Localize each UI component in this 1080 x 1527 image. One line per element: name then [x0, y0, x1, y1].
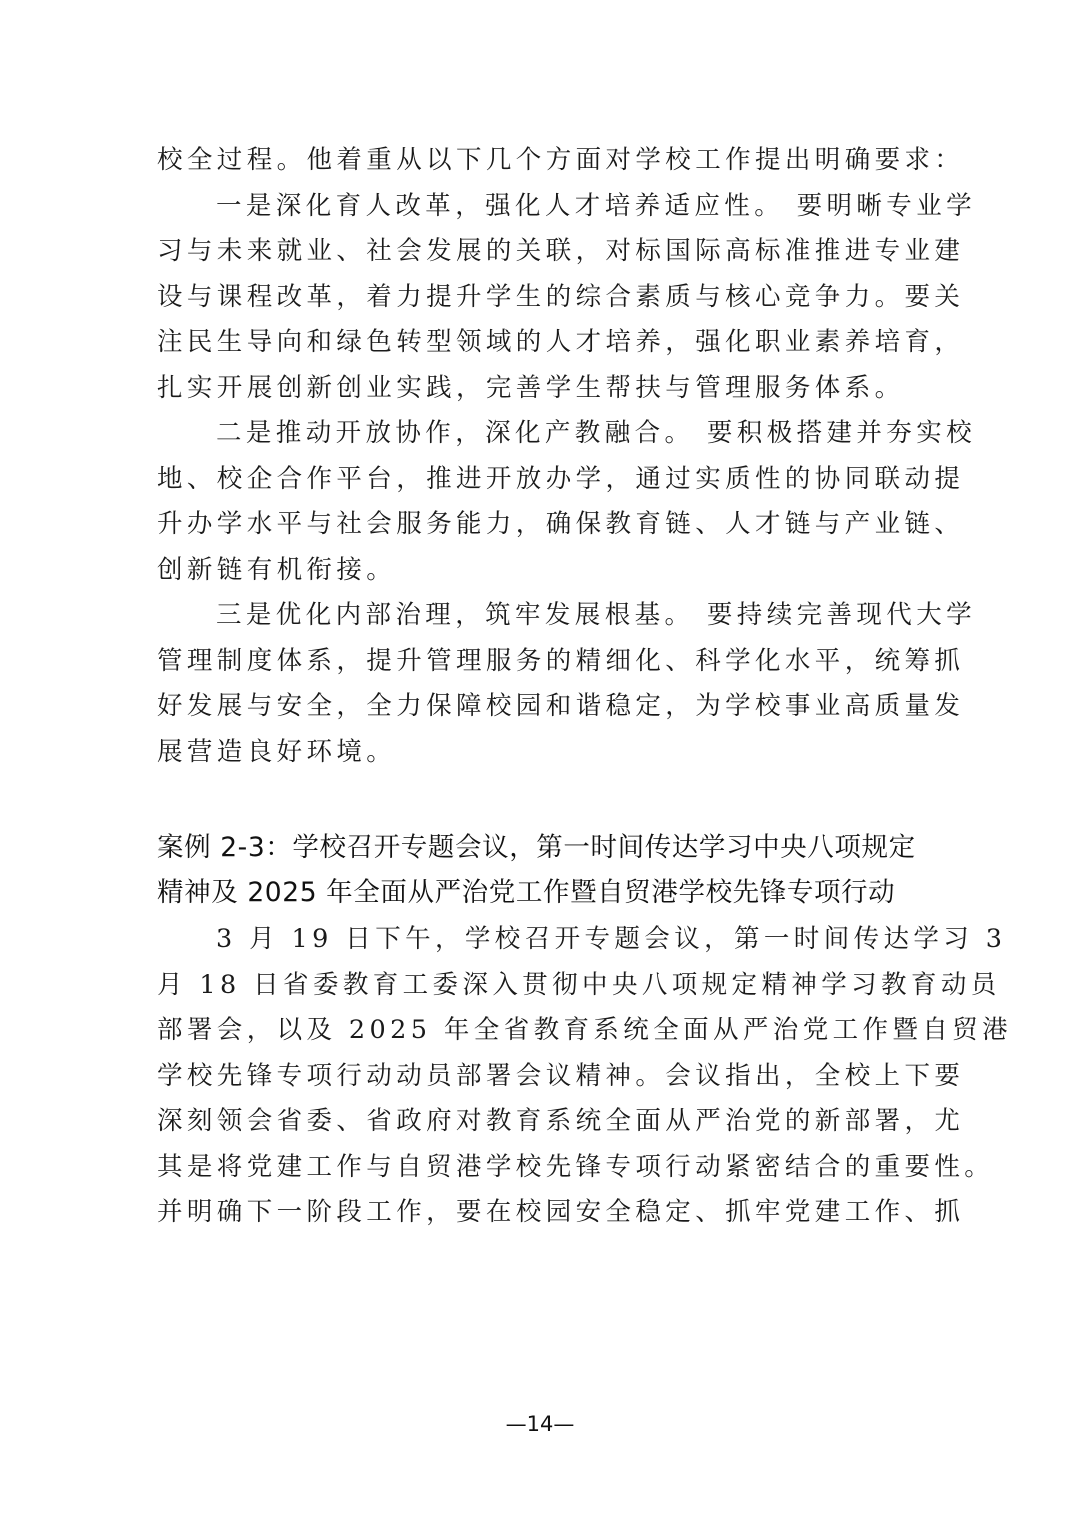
paragraph-line: 深刻领会省委、省政府对教育系统全面从严治党的新部署，尤: [157, 1099, 952, 1145]
requirement-paragraph-3: 三是优化内部治理，筑牢发展根基。 要持续完善现代大学 管理制度体系，提升管理服务…: [157, 593, 952, 775]
paragraph-line: 3 月 19 日下午，学校召开专题会议，第一时间传达学习 3: [157, 917, 952, 963]
case-heading-line: 精神及 2025 年全面从严治党工作暨自贸港学校先锋专项行动: [157, 870, 952, 915]
paragraph-line: 二是推动开放协作，深化产教融合。 要积极搭建并夯实校: [157, 411, 952, 457]
case-heading-line: 案例 2-3：学校召开专题会议，第一时间传达学习中央八项规定: [157, 825, 952, 870]
case-heading: 案例 2-3：学校召开专题会议，第一时间传达学习中央八项规定 精神及 2025 …: [157, 825, 952, 915]
paragraph-line: 月 18 日省委教育工委深入贯彻中央八项规定精神学习教育动员: [157, 963, 952, 1009]
paragraph-line: 设与课程改革，着力提升学生的综合素质与核心竞争力。要关: [157, 275, 952, 321]
paragraph-line: 部署会，以及 2025 年全省教育系统全面从严治党工作暨自贸港: [157, 1008, 952, 1054]
paragraph-line: 展营造良好环境。: [157, 730, 952, 776]
intro-line: 校全过程。他着重从以下几个方面对学校工作提出明确要求：: [157, 138, 952, 184]
document-page: 校全过程。他着重从以下几个方面对学校工作提出明确要求： 一是深化育人改革，强化人…: [157, 138, 952, 1236]
paragraph-line: 学校先锋专项行动动员部署会议精神。会议指出，全校上下要: [157, 1054, 952, 1100]
paragraph-line: 习与未来就业、社会发展的关联，对标国际高标准推进专业建: [157, 229, 952, 275]
paragraph-line: 管理制度体系，提升管理服务的精细化、科学化水平，统筹抓: [157, 639, 952, 685]
paragraph-line: 地、校企合作平台，推进开放办学，通过实质性的协同联动提: [157, 457, 952, 503]
paragraph-line: 创新链有机衔接。: [157, 548, 952, 594]
paragraph-line: 注民生导向和绿色转型领域的人才培养，强化职业素养培育，: [157, 320, 952, 366]
section-spacer: [157, 775, 952, 825]
paragraph-line: 升办学水平与社会服务能力，确保教育链、人才链与产业链、: [157, 502, 952, 548]
paragraph-line: 好发展与安全，全力保障校园和谐稳定，为学校事业高质量发: [157, 684, 952, 730]
case-body-paragraph: 3 月 19 日下午，学校召开专题会议，第一时间传达学习 3 月 18 日省委教…: [157, 917, 952, 1236]
paragraph-line: 一是深化育人改革，强化人才培养适应性。 要明晰专业学: [157, 184, 952, 230]
paragraph-line: 三是优化内部治理，筑牢发展根基。 要持续完善现代大学: [157, 593, 952, 639]
paragraph-line: 扎实开展创新创业实践，完善学生帮扶与管理服务体系。: [157, 366, 952, 412]
requirement-paragraph-1: 一是深化育人改革，强化人才培养适应性。 要明晰专业学 习与未来就业、社会发展的关…: [157, 184, 952, 412]
page-number: —14—: [0, 1412, 1080, 1436]
requirement-paragraph-2: 二是推动开放协作，深化产教融合。 要积极搭建并夯实校 地、校企合作平台，推进开放…: [157, 411, 952, 593]
paragraph-line: 其是将党建工作与自贸港学校先锋专项行动紧密结合的重要性。: [157, 1145, 952, 1191]
paragraph-line: 并明确下一阶段工作，要在校园安全稳定、抓牢党建工作、抓: [157, 1190, 952, 1236]
